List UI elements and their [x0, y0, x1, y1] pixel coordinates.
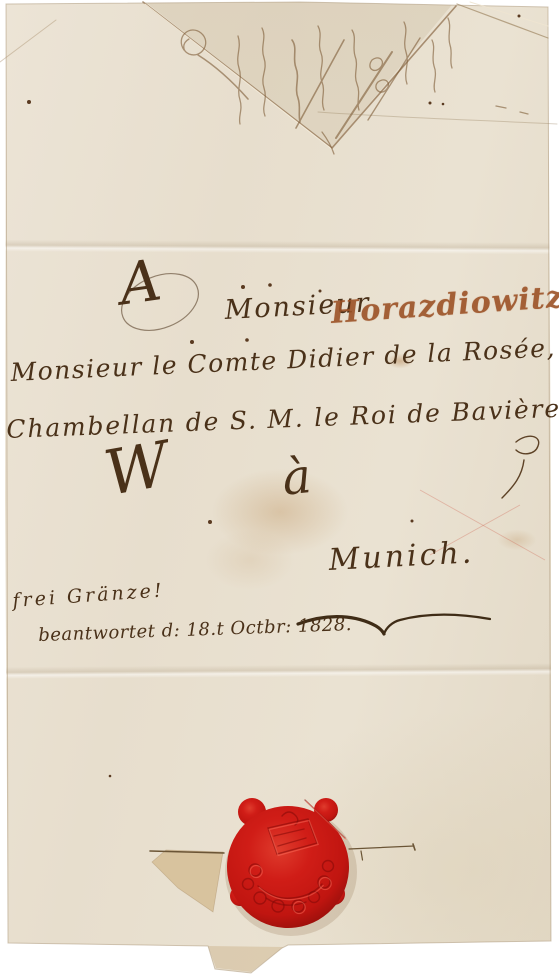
- address-prefix: A: [116, 252, 165, 314]
- letter-scan: A Monsieur Horazdiowitz Monsieur le Comt…: [0, 0, 559, 975]
- scan-artwork: [0, 0, 559, 975]
- flap-fold-lines: [0, 2, 557, 150]
- tan-flap-wedge: [152, 850, 223, 912]
- faint-flap-writing: [181, 18, 528, 154]
- title-flourish: [502, 436, 539, 498]
- wax-seal: [223, 798, 357, 936]
- city-line: Munich.: [328, 538, 475, 576]
- preposition-a: à: [280, 452, 313, 503]
- initial-w: W: [100, 433, 174, 505]
- ink-specks: [27, 15, 521, 778]
